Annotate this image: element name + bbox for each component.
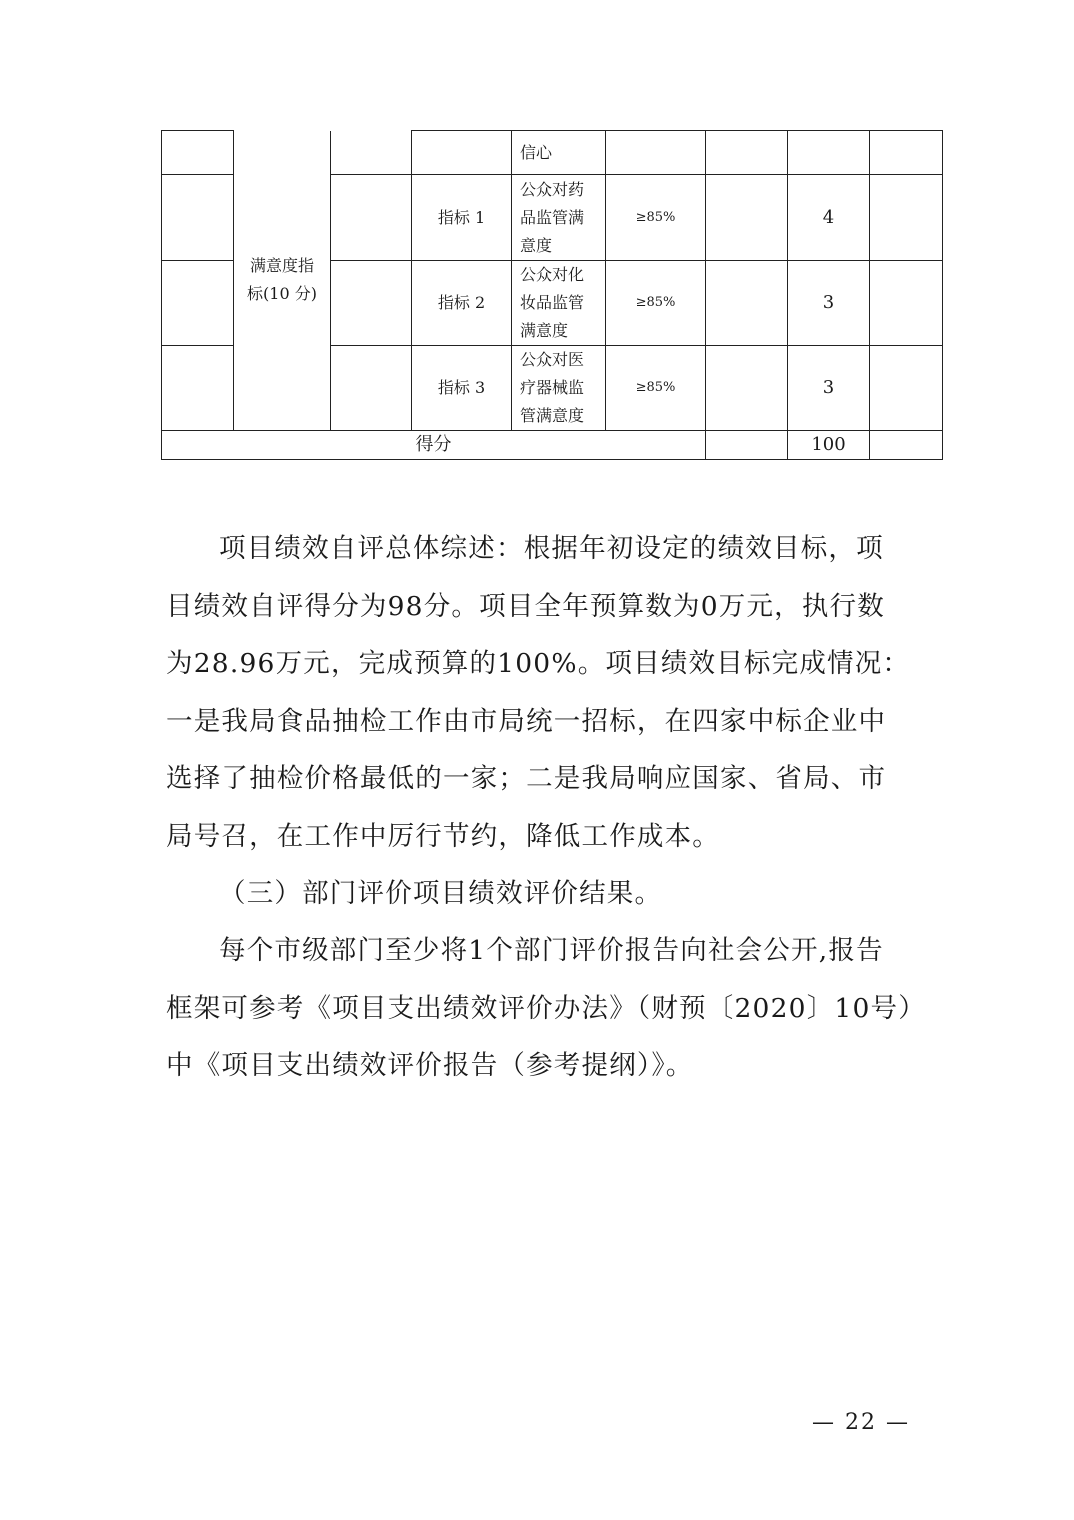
satisfaction-label-line: 标(10 分) — [234, 280, 330, 308]
table-cell — [162, 346, 234, 431]
indicator-name: 指标 3 — [412, 346, 512, 431]
score-value: 3 — [788, 346, 870, 431]
paragraph-line: 中《项目支出绩效评价报告（参考提纲）》。 — [166, 1037, 916, 1095]
indicator-name: 指标 1 — [412, 175, 512, 261]
table-cell — [870, 175, 943, 261]
target-value: ≥85% — [606, 261, 706, 346]
paragraph-line: 局号召，在工作中厉行节约，降低工作成本。 — [166, 808, 916, 866]
target-value: ≥85% — [606, 175, 706, 261]
paragraph-line: 选择了抽检价格最低的一家；二是我局响应国家、省局、市 — [166, 750, 916, 808]
description-line: 品监管满 — [520, 204, 605, 232]
paragraph-line: 一是我局食品抽检工作由市局统一招标，在四家中标企业中 — [166, 693, 916, 751]
table-cell — [870, 261, 943, 346]
dimension-cell: 满意度指 标(10 分) — [234, 131, 331, 431]
table-cell — [706, 175, 788, 261]
description-line: 意度 — [520, 232, 605, 260]
table-cell — [331, 175, 412, 261]
section-heading: （三）部门评价项目绩效评价结果。 — [166, 865, 916, 923]
total-label: 得分 — [162, 431, 706, 460]
performance-evaluation-table: 满意度指 标(10 分) 信心 指标 1 公众对药 品监管满 意度 ≥85% 4 — [161, 130, 943, 460]
table-cell — [706, 131, 788, 175]
description-line: 妆品监管 — [520, 289, 605, 317]
description-line: 满意度 — [520, 317, 605, 345]
paragraph-line: 框架可参考《项目支出绩效评价办法》（财预〔2020〕10号） — [166, 980, 916, 1038]
paragraph-line: 每个市级部门至少将1个部门评价报告向社会公开,报告 — [166, 922, 916, 980]
indicator-description: 信心 — [512, 131, 606, 175]
indicator-description: 公众对药 品监管满 意度 — [512, 175, 606, 261]
table-cell — [412, 131, 512, 175]
section-heading-text: （三）部门评价项目绩效评价结果。 — [166, 865, 916, 923]
guidance-paragraph: 每个市级部门至少将1个部门评价报告向社会公开,报告 框架可参考《项目支出绩效评价… — [166, 922, 916, 1095]
table-cell — [788, 131, 870, 175]
table-cell — [162, 175, 234, 261]
satisfaction-label-line: 满意度指 — [234, 252, 330, 280]
page-number: — 22 — — [812, 1410, 910, 1435]
table-cell — [162, 131, 234, 175]
description-line: 疗器械监 — [520, 374, 605, 402]
score-value: 3 — [788, 261, 870, 346]
target-value: ≥85% — [606, 346, 706, 431]
total-score: 100 — [788, 431, 870, 460]
description-line: 管满意度 — [520, 402, 605, 430]
table-row: 满意度指 标(10 分) 信心 — [162, 131, 943, 175]
table-cell — [606, 131, 706, 175]
paragraph-line: 为28.96万元，完成预算的100%。项目绩效目标完成情况： — [166, 635, 916, 693]
summary-paragraph: 项目绩效自评总体综述：根据年初设定的绩效目标，项 目绩效自评得分为98分。项目全… — [166, 520, 916, 865]
indicator-description: 公众对医 疗器械监 管满意度 — [512, 346, 606, 431]
table-cell — [706, 346, 788, 431]
document-page: 满意度指 标(10 分) 信心 指标 1 公众对药 品监管满 意度 ≥85% 4 — [0, 0, 1074, 1520]
indicator-name: 指标 2 — [412, 261, 512, 346]
table-cell — [331, 261, 412, 346]
table-cell — [331, 346, 412, 431]
table-cell — [331, 131, 412, 175]
table-cell — [870, 431, 943, 460]
table-cell — [706, 261, 788, 346]
table-cell — [870, 346, 943, 431]
indicator-description: 公众对化 妆品监管 满意度 — [512, 261, 606, 346]
table-cell — [870, 131, 943, 175]
total-row: 得分 100 — [162, 431, 943, 460]
table-cell — [706, 431, 788, 460]
table-cell — [162, 261, 234, 346]
score-value: 4 — [788, 175, 870, 261]
paragraph-line: 项目绩效自评总体综述：根据年初设定的绩效目标，项 — [166, 520, 916, 578]
paragraph-line: 目绩效自评得分为98分。项目全年预算数为0万元，执行数 — [166, 578, 916, 636]
description-line: 公众对化 — [520, 261, 605, 289]
description-line: 公众对医 — [520, 346, 605, 374]
description-line: 公众对药 — [520, 176, 605, 204]
